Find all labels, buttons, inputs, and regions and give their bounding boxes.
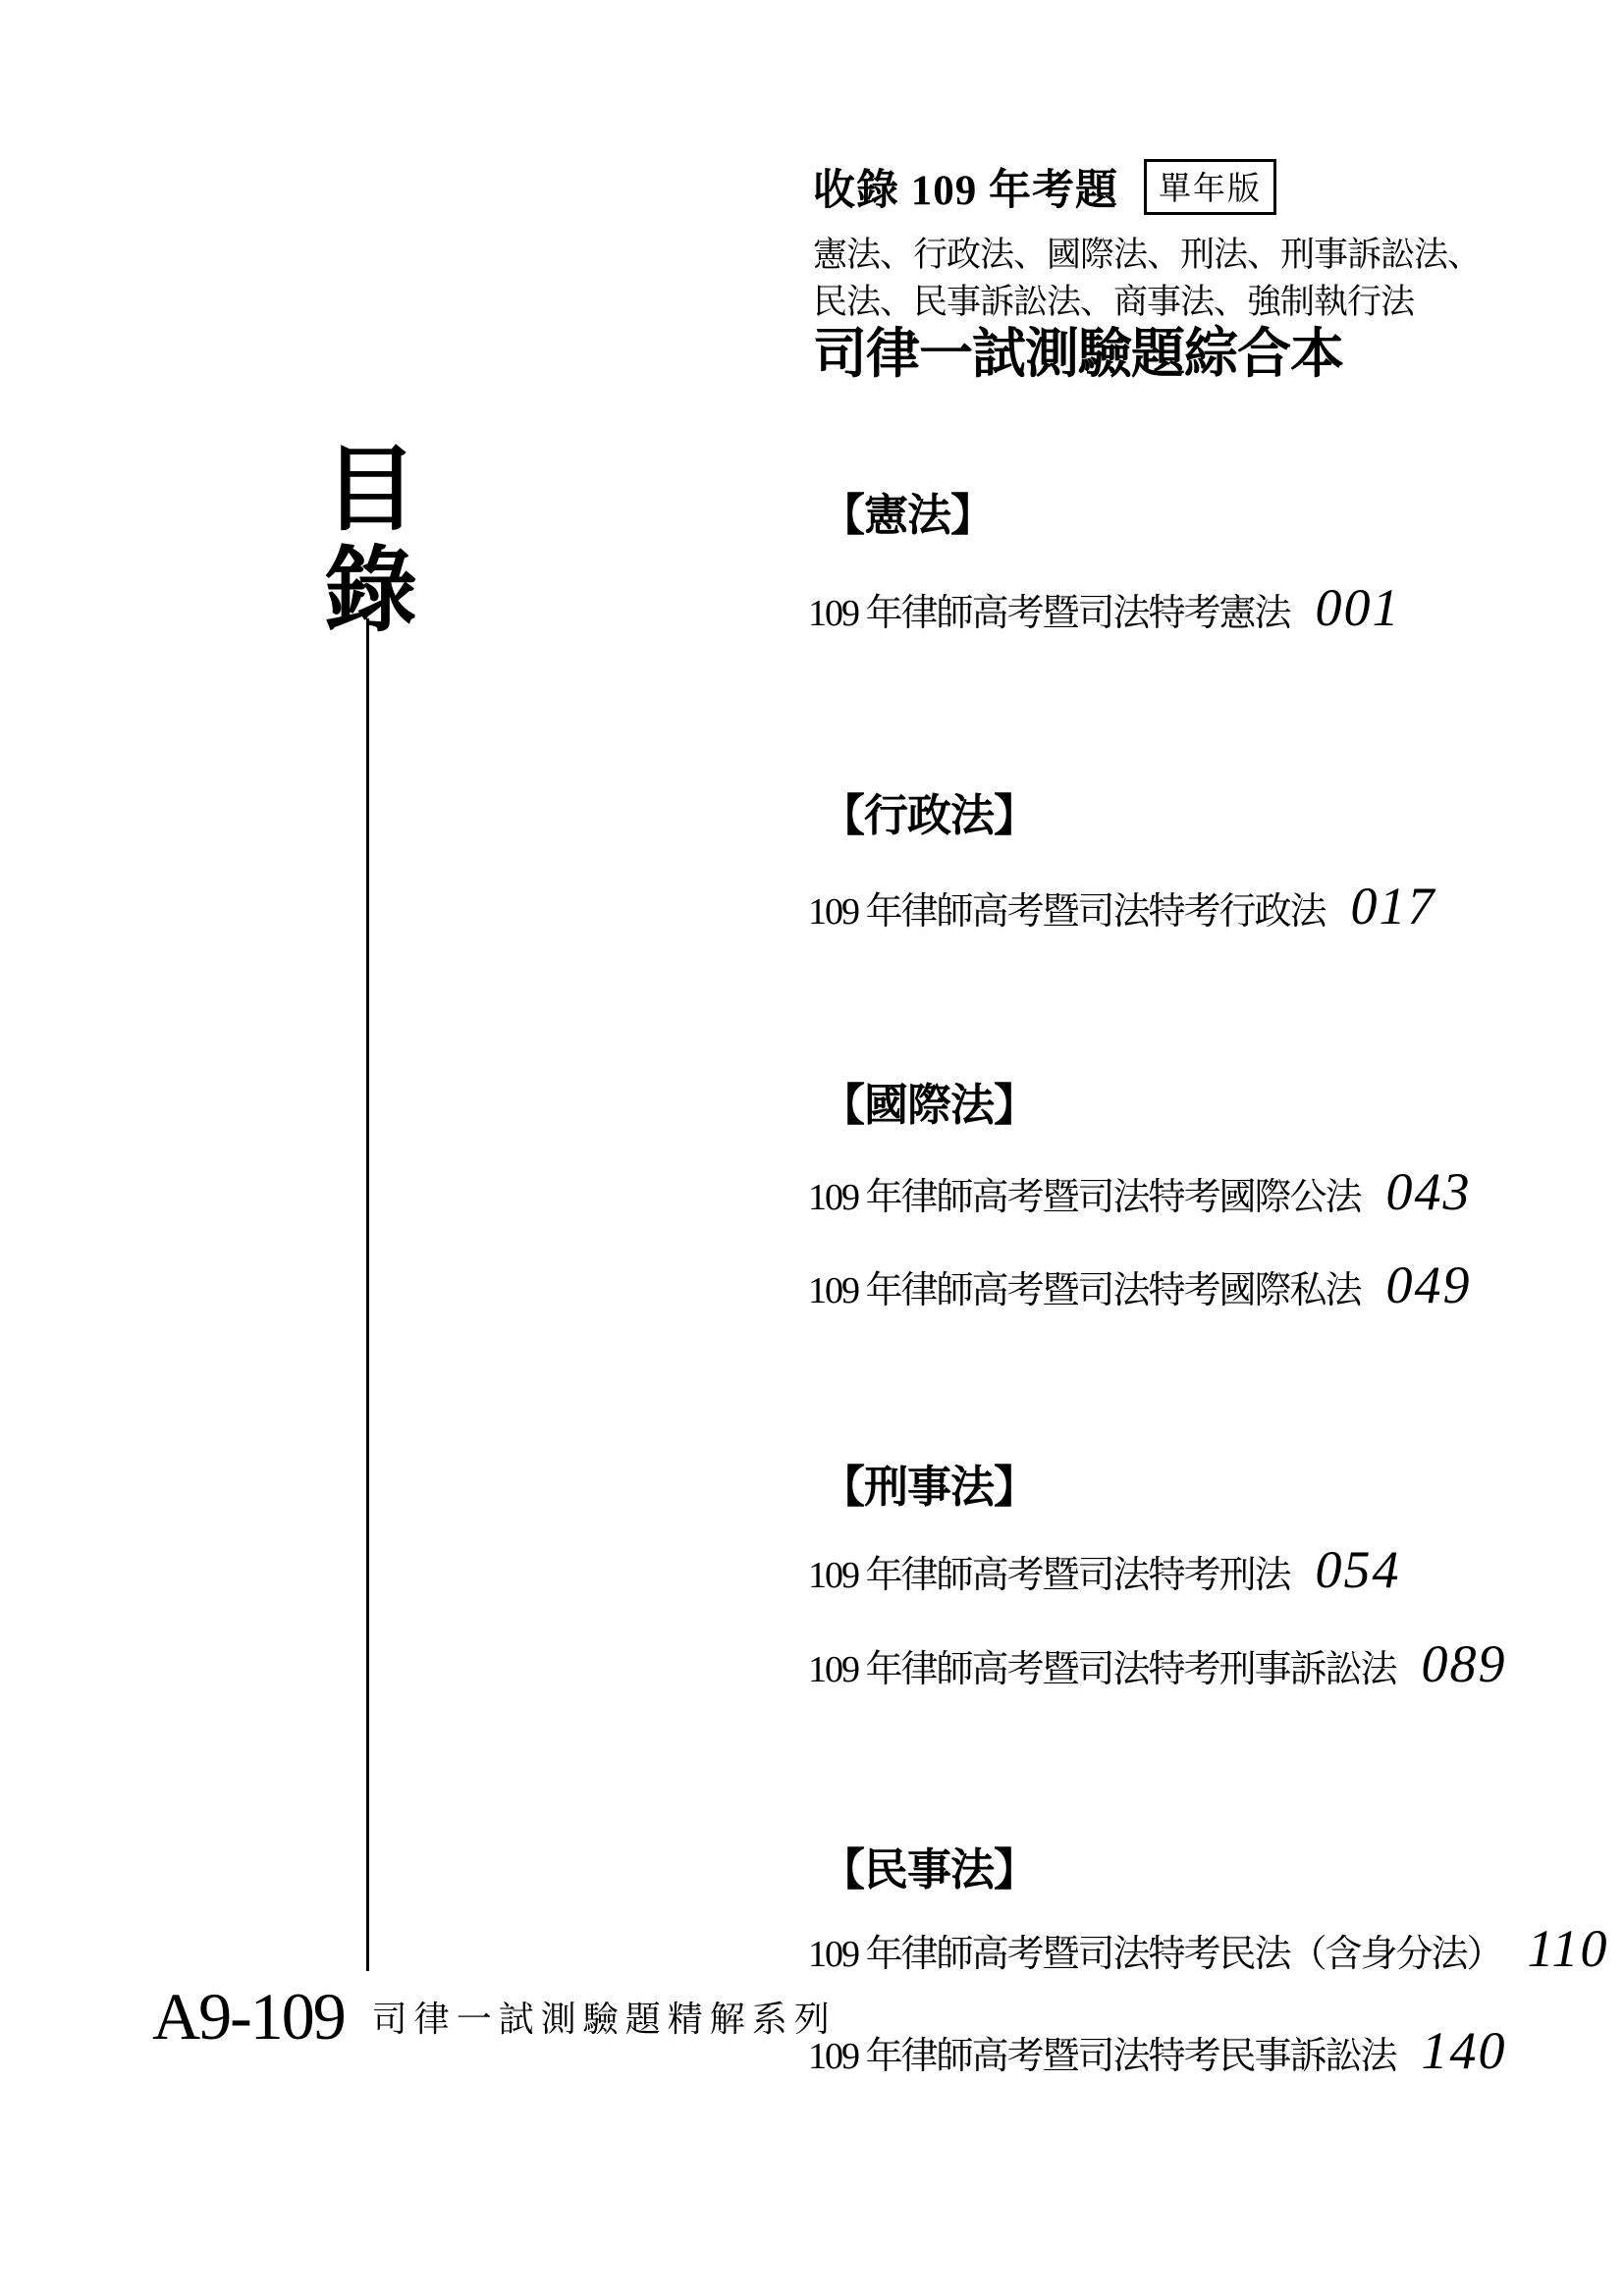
entry-title: 109 年律師高考暨司法特考國際私法: [808, 1259, 1361, 1313]
entry-page-number: 001: [1316, 577, 1401, 638]
entry-page-number: 017: [1351, 876, 1436, 936]
entry-title: 109 年律師高考暨司法特考刑事訴訟法: [808, 1638, 1396, 1692]
toc-entry: 109 年律師高考暨司法特考行政法 017: [808, 876, 1436, 936]
toc-entry: 109 年律師高考暨司法特考刑事訴訟法 089: [808, 1633, 1507, 1694]
entry-page-number: 089: [1422, 1633, 1507, 1694]
entry-title: 109 年律師高考暨司法特考行政法: [808, 881, 1326, 934]
header: 收錄 109 年考題 單年版: [813, 157, 1276, 217]
entry-title: 109 年律師高考暨司法特考民事訴訟法: [808, 2025, 1396, 2079]
entry-page-number: 049: [1386, 1255, 1472, 1315]
toc-entry: 109 年律師高考暨司法特考國際私法 049: [808, 1255, 1472, 1315]
section-heading-civil-law: 【民事法】: [821, 1834, 1037, 1897]
entry-page-number: 110: [1528, 1918, 1609, 1979]
entry-page-number: 043: [1386, 1161, 1472, 1222]
toc-entry: 109 年律師高考暨司法特考國際公法 043: [808, 1161, 1472, 1222]
entry-title: 109 年律師高考暨司法特考國際公法: [808, 1166, 1361, 1220]
section-heading-administrative-law: 【行政法】: [821, 779, 1037, 843]
toc-title-char-1: 目: [324, 440, 414, 541]
section-heading-criminal-law: 【刑事法】: [821, 1451, 1037, 1515]
series-footer: A9-109 司律一試測驗題精解系列: [152, 1983, 837, 2050]
toc-entry: 109 年律師高考暨司法特考憲法 001: [808, 577, 1401, 638]
toc-entry: 109 年律師高考暨司法特考刑法 054: [808, 1539, 1401, 1600]
entry-title: 109 年律師高考暨司法特考憲法: [808, 582, 1290, 636]
toc-entry: 109 年律師高考暨司法特考民法（含身分法） 110: [808, 1918, 1609, 1979]
subjects-line-1: 憲法、行政法、國際法、刑法、刑事訴訟法、: [813, 228, 1481, 277]
series-code: A9-109: [152, 1983, 345, 2050]
collection-note: 收錄 109 年考題: [813, 157, 1118, 217]
toc-entry: 109 年律師高考暨司法特考民事訴訟法 140: [808, 2020, 1507, 2081]
entry-page-number: 140: [1422, 2020, 1507, 2081]
edition-badge: 單年版: [1144, 159, 1276, 215]
entry-page-number: 054: [1316, 1539, 1401, 1600]
section-heading-constitutional-law: 【憲法】: [821, 479, 994, 543]
series-name: 司律一試測驗題精解系列: [372, 1996, 837, 2037]
section-heading-international-law: 【國際法】: [821, 1069, 1037, 1133]
book-title: 司律一試測驗題綜合本: [813, 310, 1343, 388]
vertical-rule: [366, 618, 369, 1971]
toc-title-char-2: 錄: [324, 541, 414, 642]
toc-title: 目 錄: [324, 440, 414, 642]
entry-title: 109 年律師高考暨司法特考民法（含身分法）: [808, 1923, 1502, 1977]
entry-title: 109 年律師高考暨司法特考刑法: [808, 1544, 1290, 1598]
